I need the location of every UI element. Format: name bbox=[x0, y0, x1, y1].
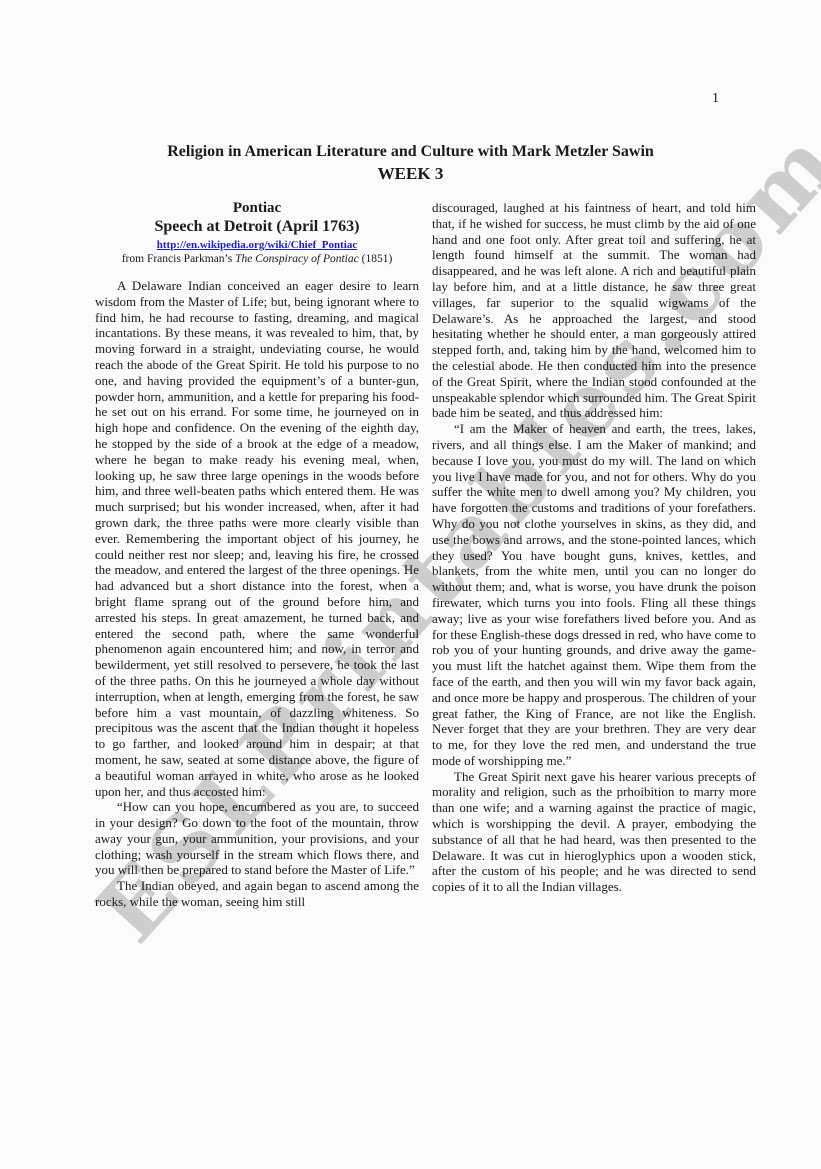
source-citation: from Francis Parkman’s The Conspiracy of… bbox=[95, 253, 419, 265]
source-prefix: from Francis Parkman’s bbox=[122, 253, 235, 265]
course-title: Religion in American Literature and Cult… bbox=[0, 143, 821, 161]
two-column-body: Pontiac Speech at Detroit (April 1763) h… bbox=[95, 200, 756, 910]
body-paragraph: discouraged, laughed at his faintness of… bbox=[432, 200, 756, 421]
body-paragraph: The Indian obeyed, and again began to as… bbox=[95, 878, 419, 910]
body-paragraph: “I am the Maker of heaven and earth, the… bbox=[432, 421, 756, 769]
body-paragraph: The Great Spirit next gave his hearer va… bbox=[432, 769, 756, 895]
body-paragraph: “How can you hope, encumbered as you are… bbox=[95, 799, 419, 878]
week-heading: WEEK 3 bbox=[0, 164, 821, 184]
reading-title-block: Pontiac Speech at Detroit (April 1763) h… bbox=[95, 200, 419, 265]
right-column: discouraged, laughed at his faintness of… bbox=[432, 200, 756, 910]
reading-subtitle: Speech at Detroit (April 1763) bbox=[95, 218, 419, 236]
document-page: 1 ESLPrintables.com Religion in American… bbox=[0, 0, 821, 1169]
source-work-title: The Conspiracy of Pontiac bbox=[235, 253, 359, 265]
wikipedia-link[interactable]: http://en.wikipedia.org/wiki/Chief_Ponti… bbox=[157, 239, 357, 251]
source-suffix: (1851) bbox=[359, 253, 393, 265]
page-header: Religion in American Literature and Cult… bbox=[0, 143, 821, 184]
body-paragraph: A Delaware Indian conceived an eager des… bbox=[95, 278, 419, 799]
left-column: Pontiac Speech at Detroit (April 1763) h… bbox=[95, 200, 419, 910]
page-number: 1 bbox=[712, 91, 719, 107]
reading-title: Pontiac bbox=[95, 200, 419, 217]
